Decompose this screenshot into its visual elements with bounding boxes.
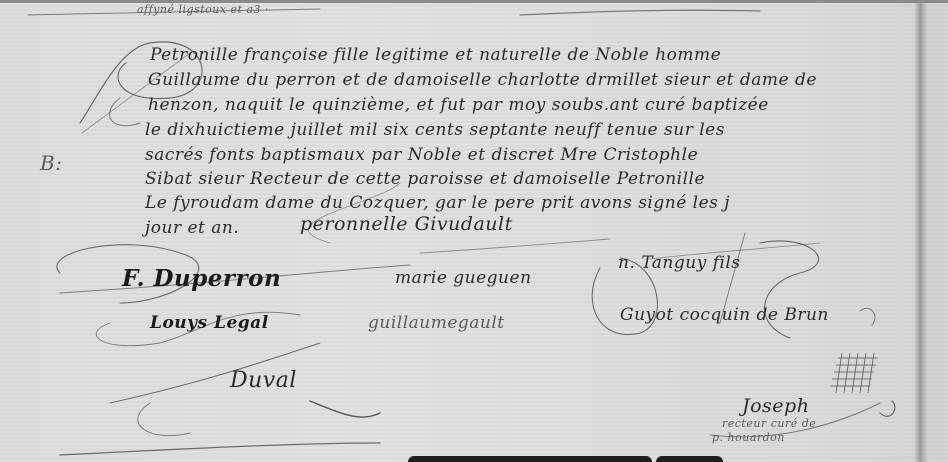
signature-guillaume: guillaumegault [368,313,505,333]
record-line-7: Le fyroudam dame du Cozquer, gar le pere… [145,193,730,213]
record-line-4: le dixhuictieme juillet mil six cents se… [145,120,725,140]
viewer-toolbar-main[interactable] [408,456,652,462]
signature-cure-line: recteur curé de [722,417,816,430]
signature-joseph: Joseph [742,395,809,417]
inline-signature-peronnelle: peronnelle Givudault [300,213,513,235]
signature-guyot: Guyot cocquin de Brun [620,305,829,325]
top-fragment-text: affyné ligstoux et a3 · [137,3,269,16]
signature-duval: Duval [230,368,297,393]
margin-note: B: [40,151,62,175]
signature-marie-gueguen: marie gueguen [395,268,532,288]
record-line-1: Petronille françoise fille legitime et n… [150,45,721,65]
signature-houardon: p. houardon [712,431,785,444]
signature-louys-legal: Louys Legal [150,313,269,333]
viewer-toolbar-secondary[interactable] [656,456,723,462]
scanned-document-page: affyné ligstoux et a3 · B: Petronille fr… [0,3,948,462]
page-binding-edge [914,3,928,462]
record-line-8: jour et an. [145,218,239,238]
record-line-2: Guillaume du perron et de damoiselle cha… [148,70,817,90]
signature-duperron: F. Duperron [122,265,281,292]
record-line-5: sacrés fonts baptismaux par Noble et dis… [145,145,698,165]
record-line-6: Sibat sieur Recteur de cette paroisse et… [145,169,705,189]
signature-tanguy: n. Tanguy fils [618,253,741,273]
record-line-3: henzon, naquit le quinzième, et fut par … [148,95,769,115]
